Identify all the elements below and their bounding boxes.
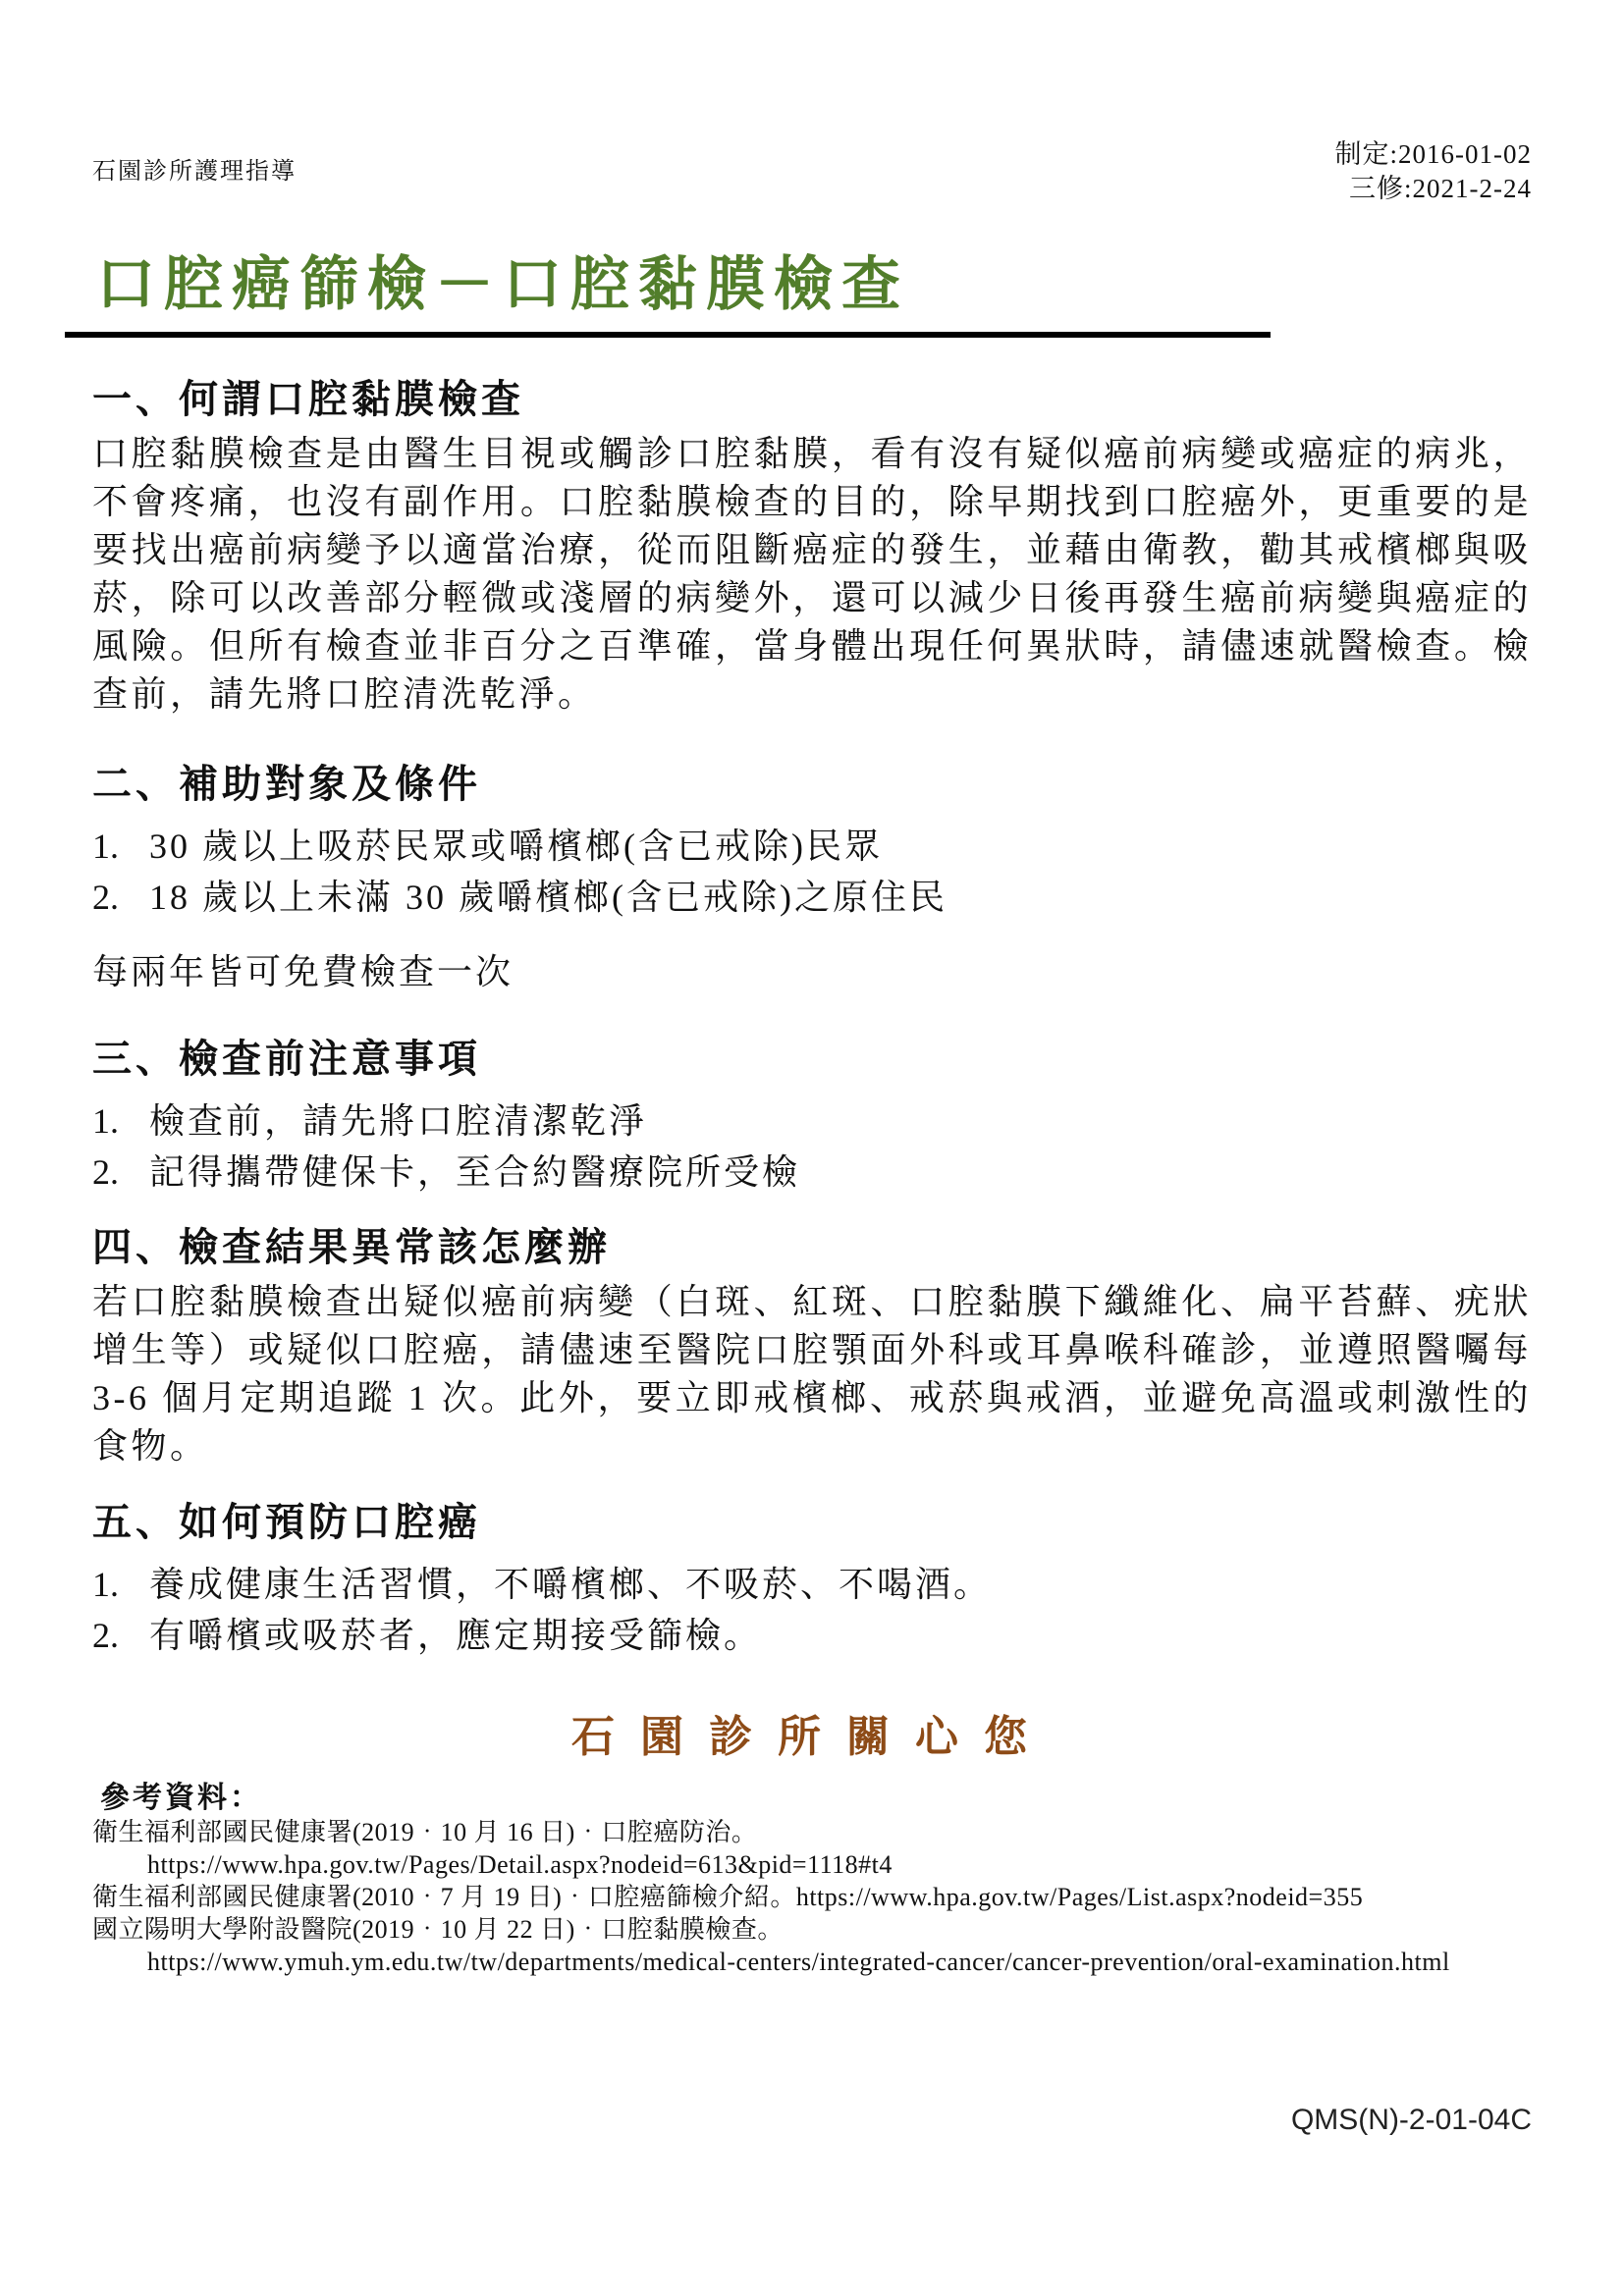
list-item-number: 2. <box>92 1610 149 1661</box>
list-item-text: 18 歲以上未滿 30 歲嚼檳榔(含已戒除)之原住民 <box>149 872 947 923</box>
reference-url: https://www.ymuh.ym.edu.tw/tw/department… <box>92 1946 1532 1978</box>
established-date: 制定:2016-01-02 <box>1335 137 1532 172</box>
section-what-is-oral-mucosa-exam: 一、何謂口腔黏膜檢查 口腔黏膜檢查是由醫生目視或觸診口腔黏膜，看有沒有疑似癌前病… <box>92 377 1532 719</box>
list-item-number: 2. <box>92 1147 149 1198</box>
list-item-number: 1. <box>92 1559 149 1610</box>
section-heading: 五、如何預防口腔癌 <box>92 1500 1532 1545</box>
reference-entry: 衛生福利部國民健康署(2019‧10 月 16 日)‧口腔癌防治。 <box>92 1816 1532 1848</box>
clinic-slogan: 石園診所關心您 <box>92 1708 1532 1767</box>
section-heading: 二、補助對象及條件 <box>92 762 1532 807</box>
list-item: 2. 記得攜帶健保卡，至合約醫療院所受檢 <box>92 1147 1532 1198</box>
section-subsidy-eligibility: 二、補助對象及條件 1. 30 歲以上吸菸民眾或嚼檳榔(含已戒除)民眾 2. 1… <box>92 762 1532 997</box>
section-heading: 一、何謂口腔黏膜檢查 <box>92 377 1532 422</box>
list-item: 1. 檢查前，請先將口腔清潔乾淨 <box>92 1095 1532 1147</box>
section-paragraph: 口腔黏膜檢查是由醫生目視或觸診口腔黏膜，看有沒有疑似癌前病變或癌症的病兆，不會疼… <box>92 430 1532 719</box>
list-item-text: 有嚼檳或吸菸者，應定期接受篩檢。 <box>149 1610 762 1661</box>
list-item: 1. 養成健康生活習慣，不嚼檳榔、不吸菸、不喝酒。 <box>92 1559 1532 1610</box>
list-item-text: 記得攜帶健保卡，至合約醫療院所受檢 <box>149 1147 800 1198</box>
list-item: 2. 18 歲以上未滿 30 歲嚼檳榔(含已戒除)之原住民 <box>92 872 1532 923</box>
list-item-number: 1. <box>92 821 149 872</box>
section-heading: 三、檢查前注意事項 <box>92 1037 1532 1082</box>
list-item-text: 養成健康生活習慣，不嚼檳榔、不吸菸、不喝酒。 <box>149 1559 992 1610</box>
references-section: 參考資料： 衛生福利部國民健康署(2019‧10 月 16 日)‧口腔癌防治。 … <box>92 1781 1532 1978</box>
section-heading: 四、檢查結果異常該怎麼辦 <box>92 1225 1532 1270</box>
list-item: 1. 30 歲以上吸菸民眾或嚼檳榔(含已戒除)民眾 <box>92 821 1532 872</box>
page-header: 石園診所護理指導 制定:2016-01-02 三修:2021-2-24 <box>92 137 1532 208</box>
title-underline <box>65 332 1271 338</box>
reference-entry: 國立陽明大學附設醫院(2019‧10 月 22 日)‧口腔黏膜檢查。 <box>92 1913 1532 1946</box>
list-item-number: 1. <box>92 1095 149 1147</box>
document-page: 石園診所護理指導 制定:2016-01-02 三修:2021-2-24 口腔癌篩… <box>0 0 1624 2296</box>
revision-date: 三修:2021-2-24 <box>1335 172 1532 206</box>
list-item-text: 檢查前，請先將口腔清潔乾淨 <box>149 1095 647 1147</box>
references-label: 參考資料： <box>100 1781 1532 1816</box>
reference-entry: 衛生福利部國民健康署(2010‧7 月 19 日)‧口腔癌篩檢介紹。https:… <box>92 1881 1532 1913</box>
list-item-text: 30 歲以上吸菸民眾或嚼檳榔(含已戒除)民眾 <box>149 821 883 872</box>
doc-label: 石園診所護理指導 <box>92 137 297 186</box>
page-title: 口腔癌篩檢－口腔黏膜檢查 <box>96 249 1532 320</box>
revision-block: 制定:2016-01-02 三修:2021-2-24 <box>1335 137 1532 206</box>
section-prevention: 五、如何預防口腔癌 1. 養成健康生活習慣，不嚼檳榔、不吸菸、不喝酒。 2. 有… <box>92 1500 1532 1661</box>
frequency-note: 每兩年皆可免費檢查一次 <box>92 946 1532 997</box>
document-code: QMS(N)-2-01-04C <box>92 2104 1532 2137</box>
pre-exam-list: 1. 檢查前，請先將口腔清潔乾淨 2. 記得攜帶健保卡，至合約醫療院所受檢 <box>92 1095 1532 1198</box>
list-item-number: 2. <box>92 872 149 923</box>
list-item: 2. 有嚼檳或吸菸者，應定期接受篩檢。 <box>92 1610 1532 1661</box>
section-paragraph: 若口腔黏膜檢查出疑似癌前病變（白斑、紅斑、口腔黏膜下纖維化、扁平苔蘚、疣狀增生等… <box>92 1278 1532 1470</box>
section-abnormal-result: 四、檢查結果異常該怎麼辦 若口腔黏膜檢查出疑似癌前病變（白斑、紅斑、口腔黏膜下纖… <box>92 1225 1532 1470</box>
eligibility-list: 1. 30 歲以上吸菸民眾或嚼檳榔(含已戒除)民眾 2. 18 歲以上未滿 30… <box>92 821 1532 923</box>
reference-url: https://www.hpa.gov.tw/Pages/Detail.aspx… <box>92 1848 1532 1881</box>
section-pre-exam-notes: 三、檢查前注意事項 1. 檢查前，請先將口腔清潔乾淨 2. 記得攜帶健保卡，至合… <box>92 1037 1532 1198</box>
prevention-list: 1. 養成健康生活習慣，不嚼檳榔、不吸菸、不喝酒。 2. 有嚼檳或吸菸者，應定期… <box>92 1559 1532 1661</box>
